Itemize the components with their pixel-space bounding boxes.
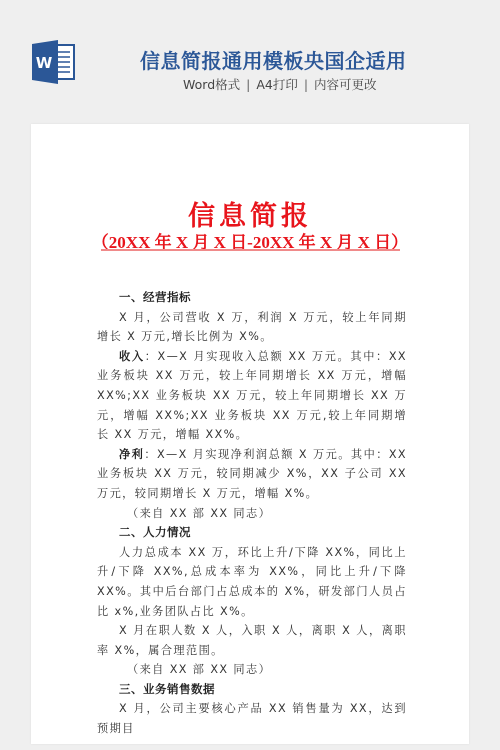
source-note: （来自 XX 部 XX 同志） — [97, 660, 407, 680]
source-note: （来自 XX 部 XX 同志） — [97, 504, 407, 524]
banner-title: 信息简报通用模板央国企适用 — [140, 45, 410, 74]
profit-label: 净利 — [119, 448, 144, 461]
paragraph: 人力总成本 XX 万，环比上升/下降 XX%，同比上升/下降 XX%,总成本率为… — [97, 543, 407, 621]
banner-header: W 信息简报通用模板央国企适用 Word格式 | A4打印 | 内容可更改 — [0, 0, 500, 110]
separator: | — [304, 77, 308, 92]
section-heading-operations: 一、经营指标 — [97, 288, 407, 308]
paragraph-profit: 净利：X—X 月实现净利润总额 X 万元。其中：XX 业务板块 XX 万元，较同… — [97, 445, 407, 504]
separator: | — [246, 77, 250, 92]
svg-text:W: W — [36, 54, 53, 72]
paragraph: X 月，公司营收 X 万，利润 X 万元，较上年同期增长 X 万元,增长比例为 … — [97, 308, 407, 347]
document-page: 信息简报 （20XX 年 X 月 X 日-20XX 年 X 月 X 日） 一、经… — [31, 124, 469, 744]
title-divider — [101, 249, 400, 251]
paragraph-income: 收入：X—X 月实现收入总额 XX 万元。其中：XX 业务板块 XX 万元，较上… — [97, 347, 407, 445]
section-heading-sales: 三、业务销售数据 — [97, 680, 407, 700]
format-label: Word格式 — [183, 77, 240, 92]
print-label: A4打印 — [256, 77, 298, 92]
paragraph: X 月，公司主要核心产品 XX 销售量为 XX，达到预期目 — [97, 699, 407, 738]
editable-label: 内容可更改 — [314, 77, 377, 92]
word-icon: W — [31, 40, 77, 84]
document-body: 一、经营指标 X 月，公司营收 X 万，利润 X 万元，较上年同期增长 X 万元… — [97, 288, 407, 739]
profit-text: ：X—X 月实现净利润总额 X 万元。其中：XX 业务板块 XX 万元，较同期减… — [97, 448, 407, 500]
income-label: 收入 — [119, 350, 145, 363]
paragraph: X 月在职人数 X 人，入职 X 人，离职 X 人，离职率 X%，属合理范围。 — [97, 621, 407, 660]
banner-subtitle: Word格式 | A4打印 | 内容可更改 — [183, 75, 377, 93]
section-heading-hr: 二、人力情况 — [97, 523, 407, 543]
income-text: ：X—X 月实现收入总额 XX 万元。其中：XX 业务板块 XX 万元，较上年同… — [97, 350, 407, 441]
